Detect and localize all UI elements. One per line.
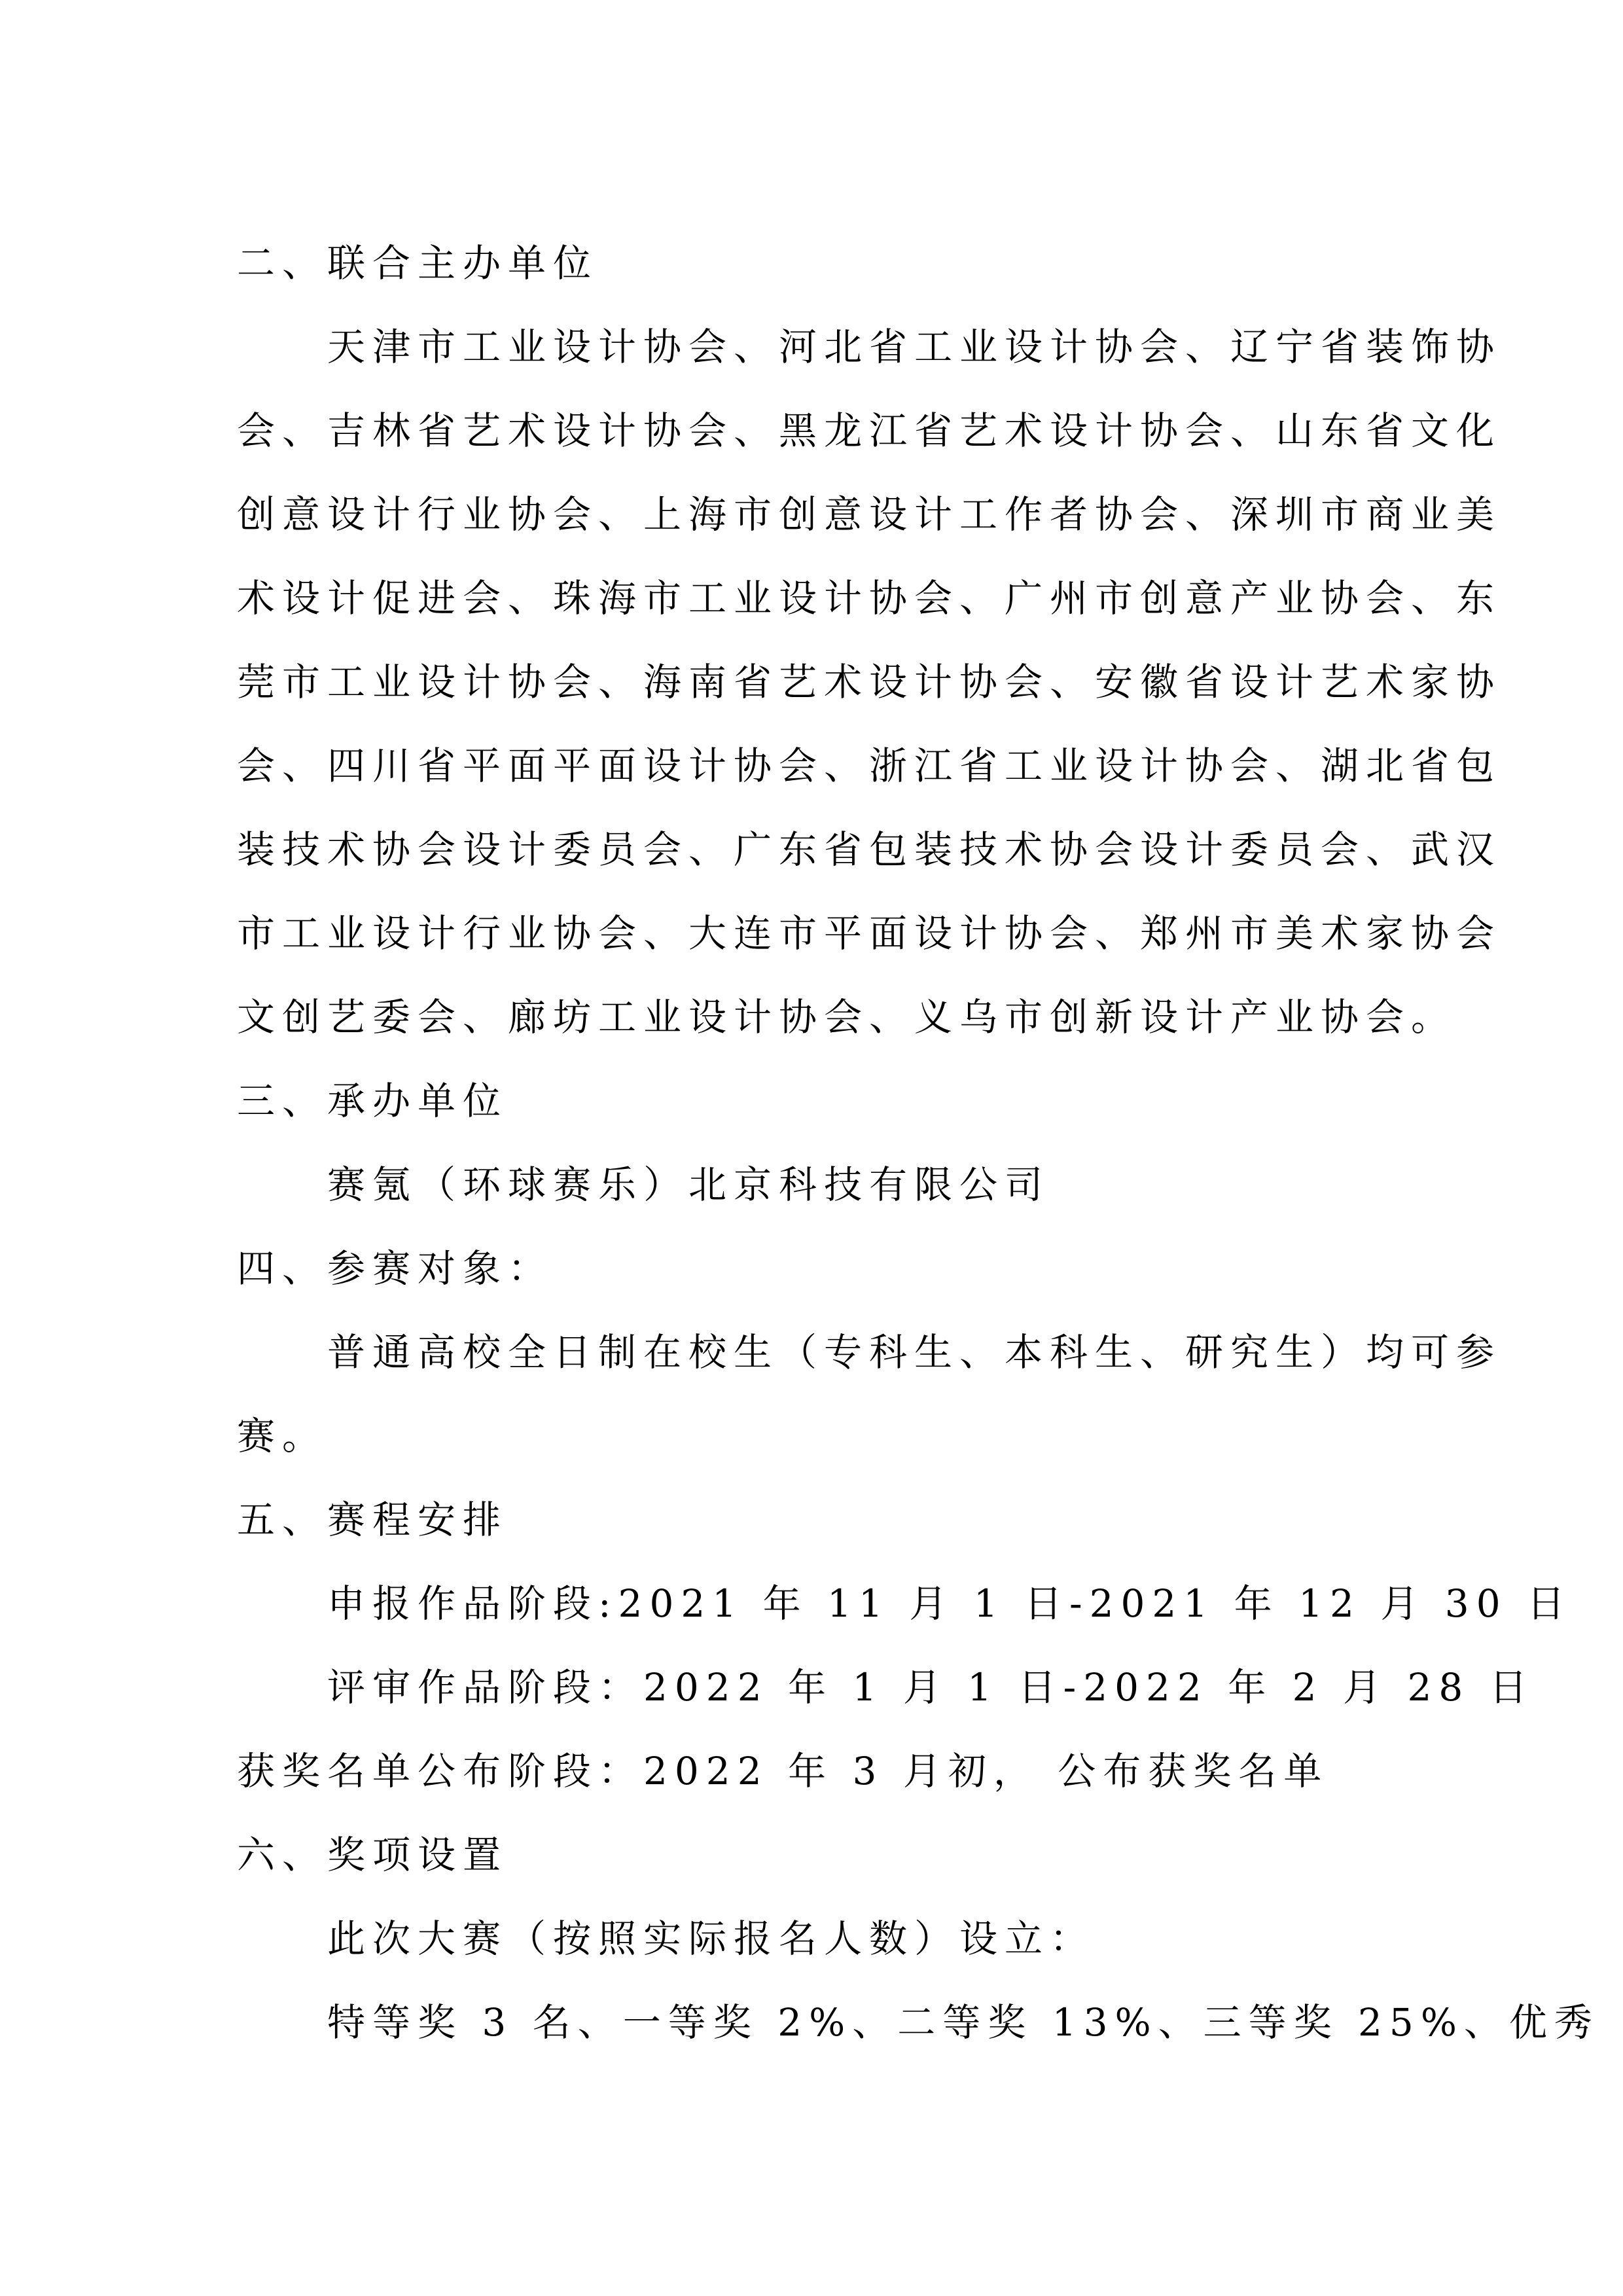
- paragraph-line: 市工业设计行业协会、大连市平面设计协会、郑州市美术家协会: [237, 891, 1363, 975]
- paragraph-line: 普通高校全日制在校生（专科生、本科生、研究生）均可参: [237, 1310, 1363, 1394]
- paragraph-line: 会、四川省平面平面设计协会、浙江省工业设计协会、湖北省包: [237, 724, 1363, 808]
- paragraph-line: 装技术协会设计委员会、广东省包装技术协会设计委员会、武汉: [237, 808, 1363, 891]
- section-schedule: 五、赛程安排 申报作品阶段:2021 年 11 月 1 日-2021 年 12 …: [237, 1478, 1363, 1813]
- paragraph-line: 赛氪（环球赛乐）北京科技有限公司: [237, 1143, 1363, 1227]
- schedule-item-submission: 申报作品阶段:2021 年 11 月 1 日-2021 年 12 月 30 日: [237, 1562, 1363, 1645]
- section-co-organizers: 二、联合主办单位 天津市工业设计协会、河北省工业设计协会、辽宁省装饰协 会、吉林…: [237, 221, 1363, 1059]
- schedule-item-review: 评审作品阶段：2022 年 1 月 1 日-2022 年 2 月 28 日: [237, 1645, 1363, 1729]
- section-organizer: 三、承办单位 赛氪（环球赛乐）北京科技有限公司: [237, 1059, 1363, 1227]
- paragraph-line: 特等奖 3 名、一等奖 2%、二等奖 13%、三等奖 25%、优秀: [237, 1981, 1363, 2064]
- paragraph-line: 文创艺委会、廊坊工业设计协会、义乌市创新设计产业协会。: [237, 975, 1363, 1059]
- schedule-item-announcement: 获奖名单公布阶段：2022 年 3 月初， 公布获奖名单: [237, 1729, 1363, 1813]
- document-page: 二、联合主办单位 天津市工业设计协会、河北省工业设计协会、辽宁省装饰协 会、吉林…: [237, 221, 1363, 2064]
- section-heading: 五、赛程安排: [237, 1478, 1363, 1562]
- paragraph-line: 天津市工业设计协会、河北省工业设计协会、辽宁省装饰协: [237, 305, 1363, 389]
- section-heading: 三、承办单位: [237, 1059, 1363, 1143]
- section-heading: 二、联合主办单位: [237, 221, 1363, 305]
- section-awards: 六、奖项设置 此次大赛（按照实际报名人数）设立： 特等奖 3 名、一等奖 2%、…: [237, 1813, 1363, 2064]
- section-heading: 六、奖项设置: [237, 1813, 1363, 1897]
- paragraph-line: 赛。: [237, 1394, 1363, 1478]
- paragraph-line: 会、吉林省艺术设计协会、黑龙江省艺术设计协会、山东省文化: [237, 389, 1363, 473]
- paragraph-line: 莞市工业设计协会、海南省艺术设计协会、安徽省设计艺术家协: [237, 640, 1363, 724]
- paragraph-line: 术设计促进会、珠海市工业设计协会、广州市创意产业协会、东: [237, 556, 1363, 640]
- paragraph-line: 此次大赛（按照实际报名人数）设立：: [237, 1897, 1363, 1981]
- section-heading: 四、参赛对象：: [237, 1227, 1363, 1310]
- section-participants: 四、参赛对象： 普通高校全日制在校生（专科生、本科生、研究生）均可参 赛。: [237, 1227, 1363, 1478]
- paragraph-line: 创意设计行业协会、上海市创意设计工作者协会、深圳市商业美: [237, 473, 1363, 556]
